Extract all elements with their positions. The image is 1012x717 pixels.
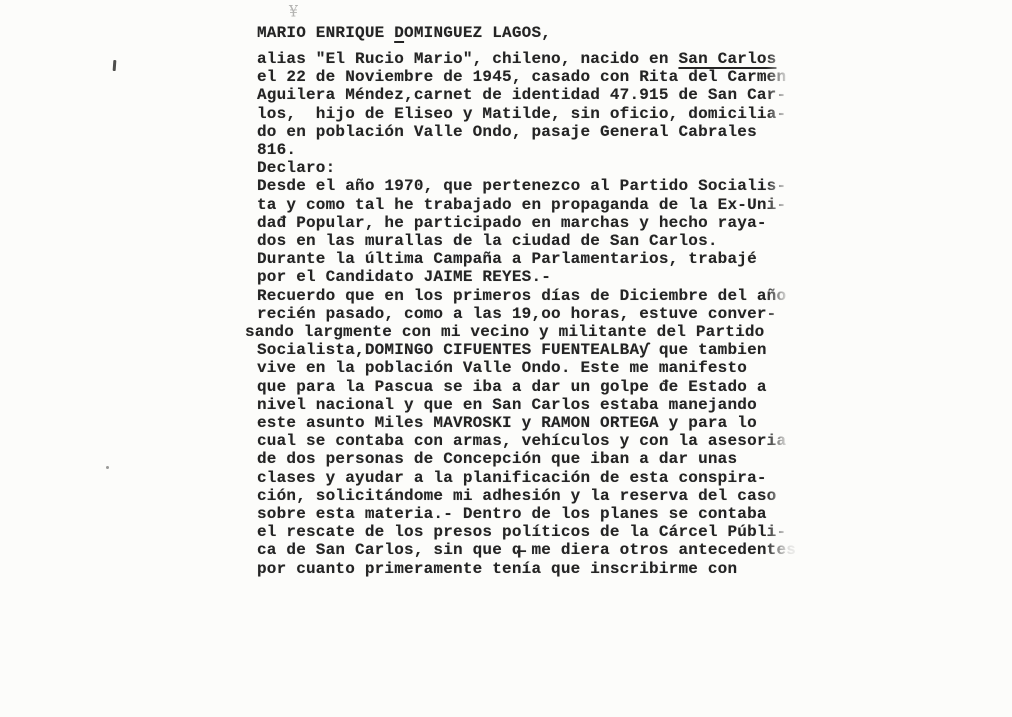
typewritten-line: Desde el año 1970, que pertenezco al Par… — [257, 177, 796, 195]
margin-dot-mark — [106, 466, 109, 469]
typewritten-line: cual se contaba con armas, vehículos y c… — [257, 432, 796, 450]
typewritten-line: Durante la última Campaña a Parlamentari… — [257, 250, 796, 268]
typewritten-line: Recuerdo que en los primeros días de Dic… — [257, 287, 796, 305]
margin-tick-mark — [113, 60, 116, 71]
typewritten-line: nivel nacional y que en San Carlos estab… — [257, 396, 796, 414]
underlined-text: D — [394, 24, 404, 42]
typewritten-line: sobre esta materia.- Dentro de los plane… — [257, 505, 796, 523]
typewritten-line: que para la Pascua se iba a dar un golpe… — [257, 378, 796, 396]
underlined-text: San Carlos — [678, 50, 776, 68]
typewritten-line: de dos personas de Concepción que iban a… — [257, 450, 796, 468]
typewritten-line: 816. — [257, 141, 796, 159]
faint-pencil-mark: ¥ — [289, 3, 298, 21]
typewritten-line: recién pasado, como a las 19,oo horas, e… — [257, 305, 796, 323]
document-body: alias "El Rucio Mario", chileno, nacido … — [257, 50, 796, 578]
typewritten-line: sando largmente con mi vecino y militant… — [245, 323, 796, 341]
typewritten-line: por el Candidato JAIME REYES.- — [257, 268, 796, 286]
typewritten-line: clases y ayudar a la planificación de es… — [257, 469, 796, 487]
typewritten-line: ción, solicitándome mi adhesión y la res… — [257, 487, 796, 505]
document-heading: MARIO ENRIQUE DOMINGUEZ LAGOS, — [257, 24, 551, 42]
typewritten-line: Socialista,DOMINGO CIFUENTES FUENTEALBAƴ… — [257, 341, 796, 359]
typewritten-line: este asunto Miles MAVROSKI y RAMON ORTEG… — [257, 414, 796, 432]
typewritten-line: por cuanto primeramente tenía que inscri… — [257, 560, 796, 578]
typewritten-line: el 22 de Noviembre de 1945, casado con R… — [257, 68, 796, 86]
typewritten-line: alias "El Rucio Mario", chileno, nacido … — [257, 50, 796, 68]
typewritten-line: Aguilera Méndez,carnet de identidad 47.9… — [257, 86, 796, 104]
typewritten-line: dos en las murallas de la ciudad de San … — [257, 232, 796, 250]
typewritten-line: ca de San Carlos, sin que q̶ me diera ot… — [257, 541, 796, 559]
typewritten-line: vive en la población Valle Ondo. Este me… — [257, 359, 796, 377]
typewritten-line: dađ Popular, he participado en marchas y… — [257, 214, 796, 232]
typewritten-line: do en población Valle Ondo, pasaje Gener… — [257, 123, 796, 141]
typewritten-line: Declaro: — [257, 159, 796, 177]
typewritten-line: ta y como tal he trabajado en propaganda… — [257, 196, 796, 214]
typewritten-line: los, hijo de Eliseo y Matilde, sin ofici… — [257, 105, 796, 123]
typewritten-line: el rescate de los presos políticos de la… — [257, 523, 796, 541]
document-scan-page: ¥ MARIO ENRIQUE DOMINGUEZ LAGOS, alias "… — [0, 0, 1012, 717]
